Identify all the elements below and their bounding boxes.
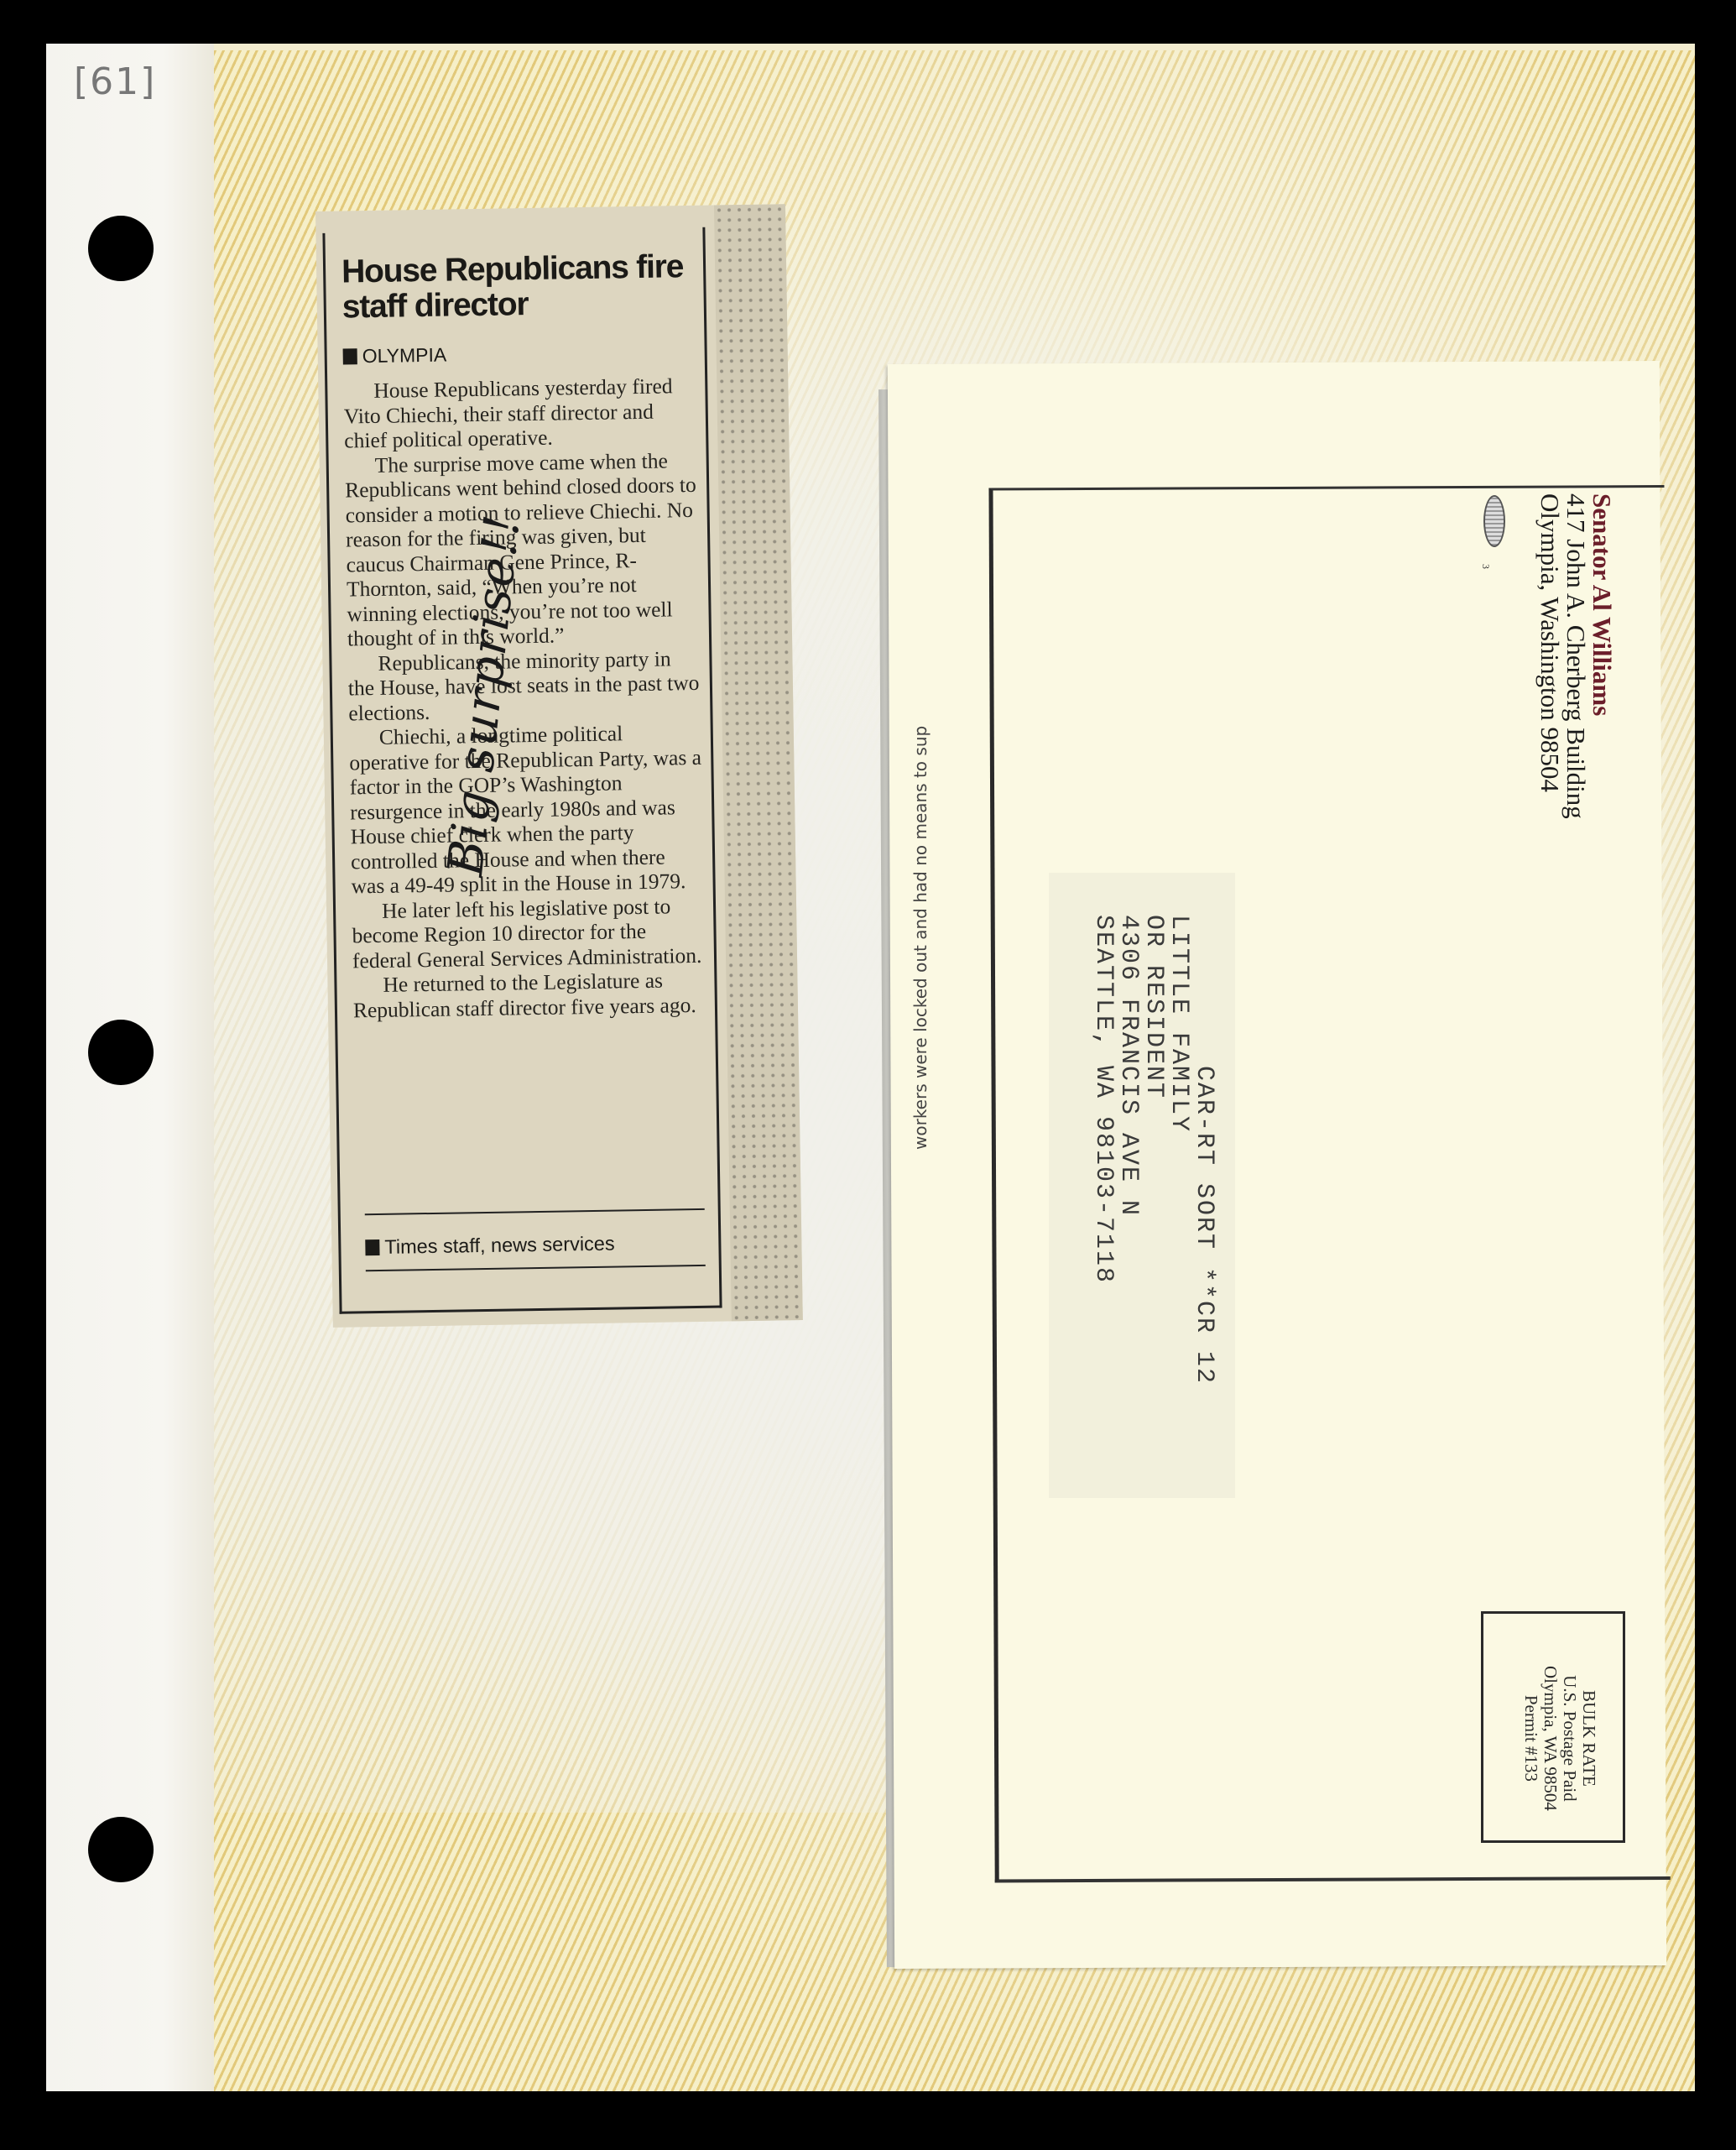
indicia-line: BULK RATE bbox=[1579, 1666, 1598, 1811]
return-address: Senator Al Williams 417 John A. Cherberg… bbox=[1537, 493, 1615, 819]
return-address-line2: Olympia, Washington 98504 bbox=[1537, 493, 1563, 819]
recipient-line: SEATTLE, WA 98103-7118 bbox=[1091, 915, 1116, 1385]
newspaper-clipping: House Republicans fire staff director OL… bbox=[315, 204, 803, 1328]
credit-text: Times staff, news services bbox=[384, 1233, 615, 1259]
article-paragraph: House Republicans yesterday fired Vito C… bbox=[343, 373, 696, 453]
union-bug-seal-icon bbox=[1483, 495, 1505, 547]
recipient-line: 4306 FRANCIS AVE N bbox=[1116, 915, 1141, 1385]
article-paragraph: Republicans, the minority party in the H… bbox=[347, 645, 701, 725]
return-address-line1: 417 John A. Cherberg Building bbox=[1563, 493, 1589, 819]
envelope-back-text: workers were locked out and had no means… bbox=[910, 726, 931, 1150]
recipient-line: OR RESIDENT bbox=[1141, 915, 1166, 1385]
dateline-text: OLYMPIA bbox=[362, 344, 447, 368]
page-number: [61] bbox=[74, 60, 156, 103]
binder-hole-icon bbox=[88, 216, 154, 281]
indicia-line: U.S. Postage Paid bbox=[1560, 1666, 1579, 1811]
dateline: OLYMPIA bbox=[343, 344, 447, 368]
article-paragraph: He later left his legislative post to be… bbox=[352, 893, 705, 973]
bullet-square-icon bbox=[343, 348, 357, 364]
sender-name: Senator Al Williams bbox=[1589, 493, 1615, 819]
clipping-headline: House Republicans fire staff director bbox=[341, 249, 695, 326]
article-body: House Republicans yesterday fired Vito C… bbox=[343, 373, 706, 1023]
binder-hole-icon bbox=[88, 1817, 154, 1882]
article-paragraph: Chiechi, a longtime political operative … bbox=[349, 720, 704, 899]
recipient-line: LITTLE FAMILY bbox=[1166, 915, 1191, 1385]
article-credit: Times staff, news services bbox=[365, 1233, 615, 1260]
indicia-line: Olympia, WA 98504 bbox=[1541, 1666, 1560, 1811]
postage-indicia-text: BULK RATE U.S. Postage Paid Olympia, WA … bbox=[1521, 1666, 1598, 1811]
seal-number: 3 bbox=[1479, 564, 1492, 569]
mailing-label: CAR-RT SORT **CR 12 LITTLE FAMILY OR RES… bbox=[1091, 915, 1217, 1385]
binder-hole-icon bbox=[88, 1020, 154, 1085]
indicia-line: Permit #133 bbox=[1521, 1666, 1541, 1811]
bullet-square-icon bbox=[365, 1239, 379, 1255]
carrier-route-sort: CAR-RT SORT **CR 12 bbox=[1191, 915, 1217, 1385]
article-paragraph: He returned to the Legislature as Republ… bbox=[352, 968, 706, 1023]
